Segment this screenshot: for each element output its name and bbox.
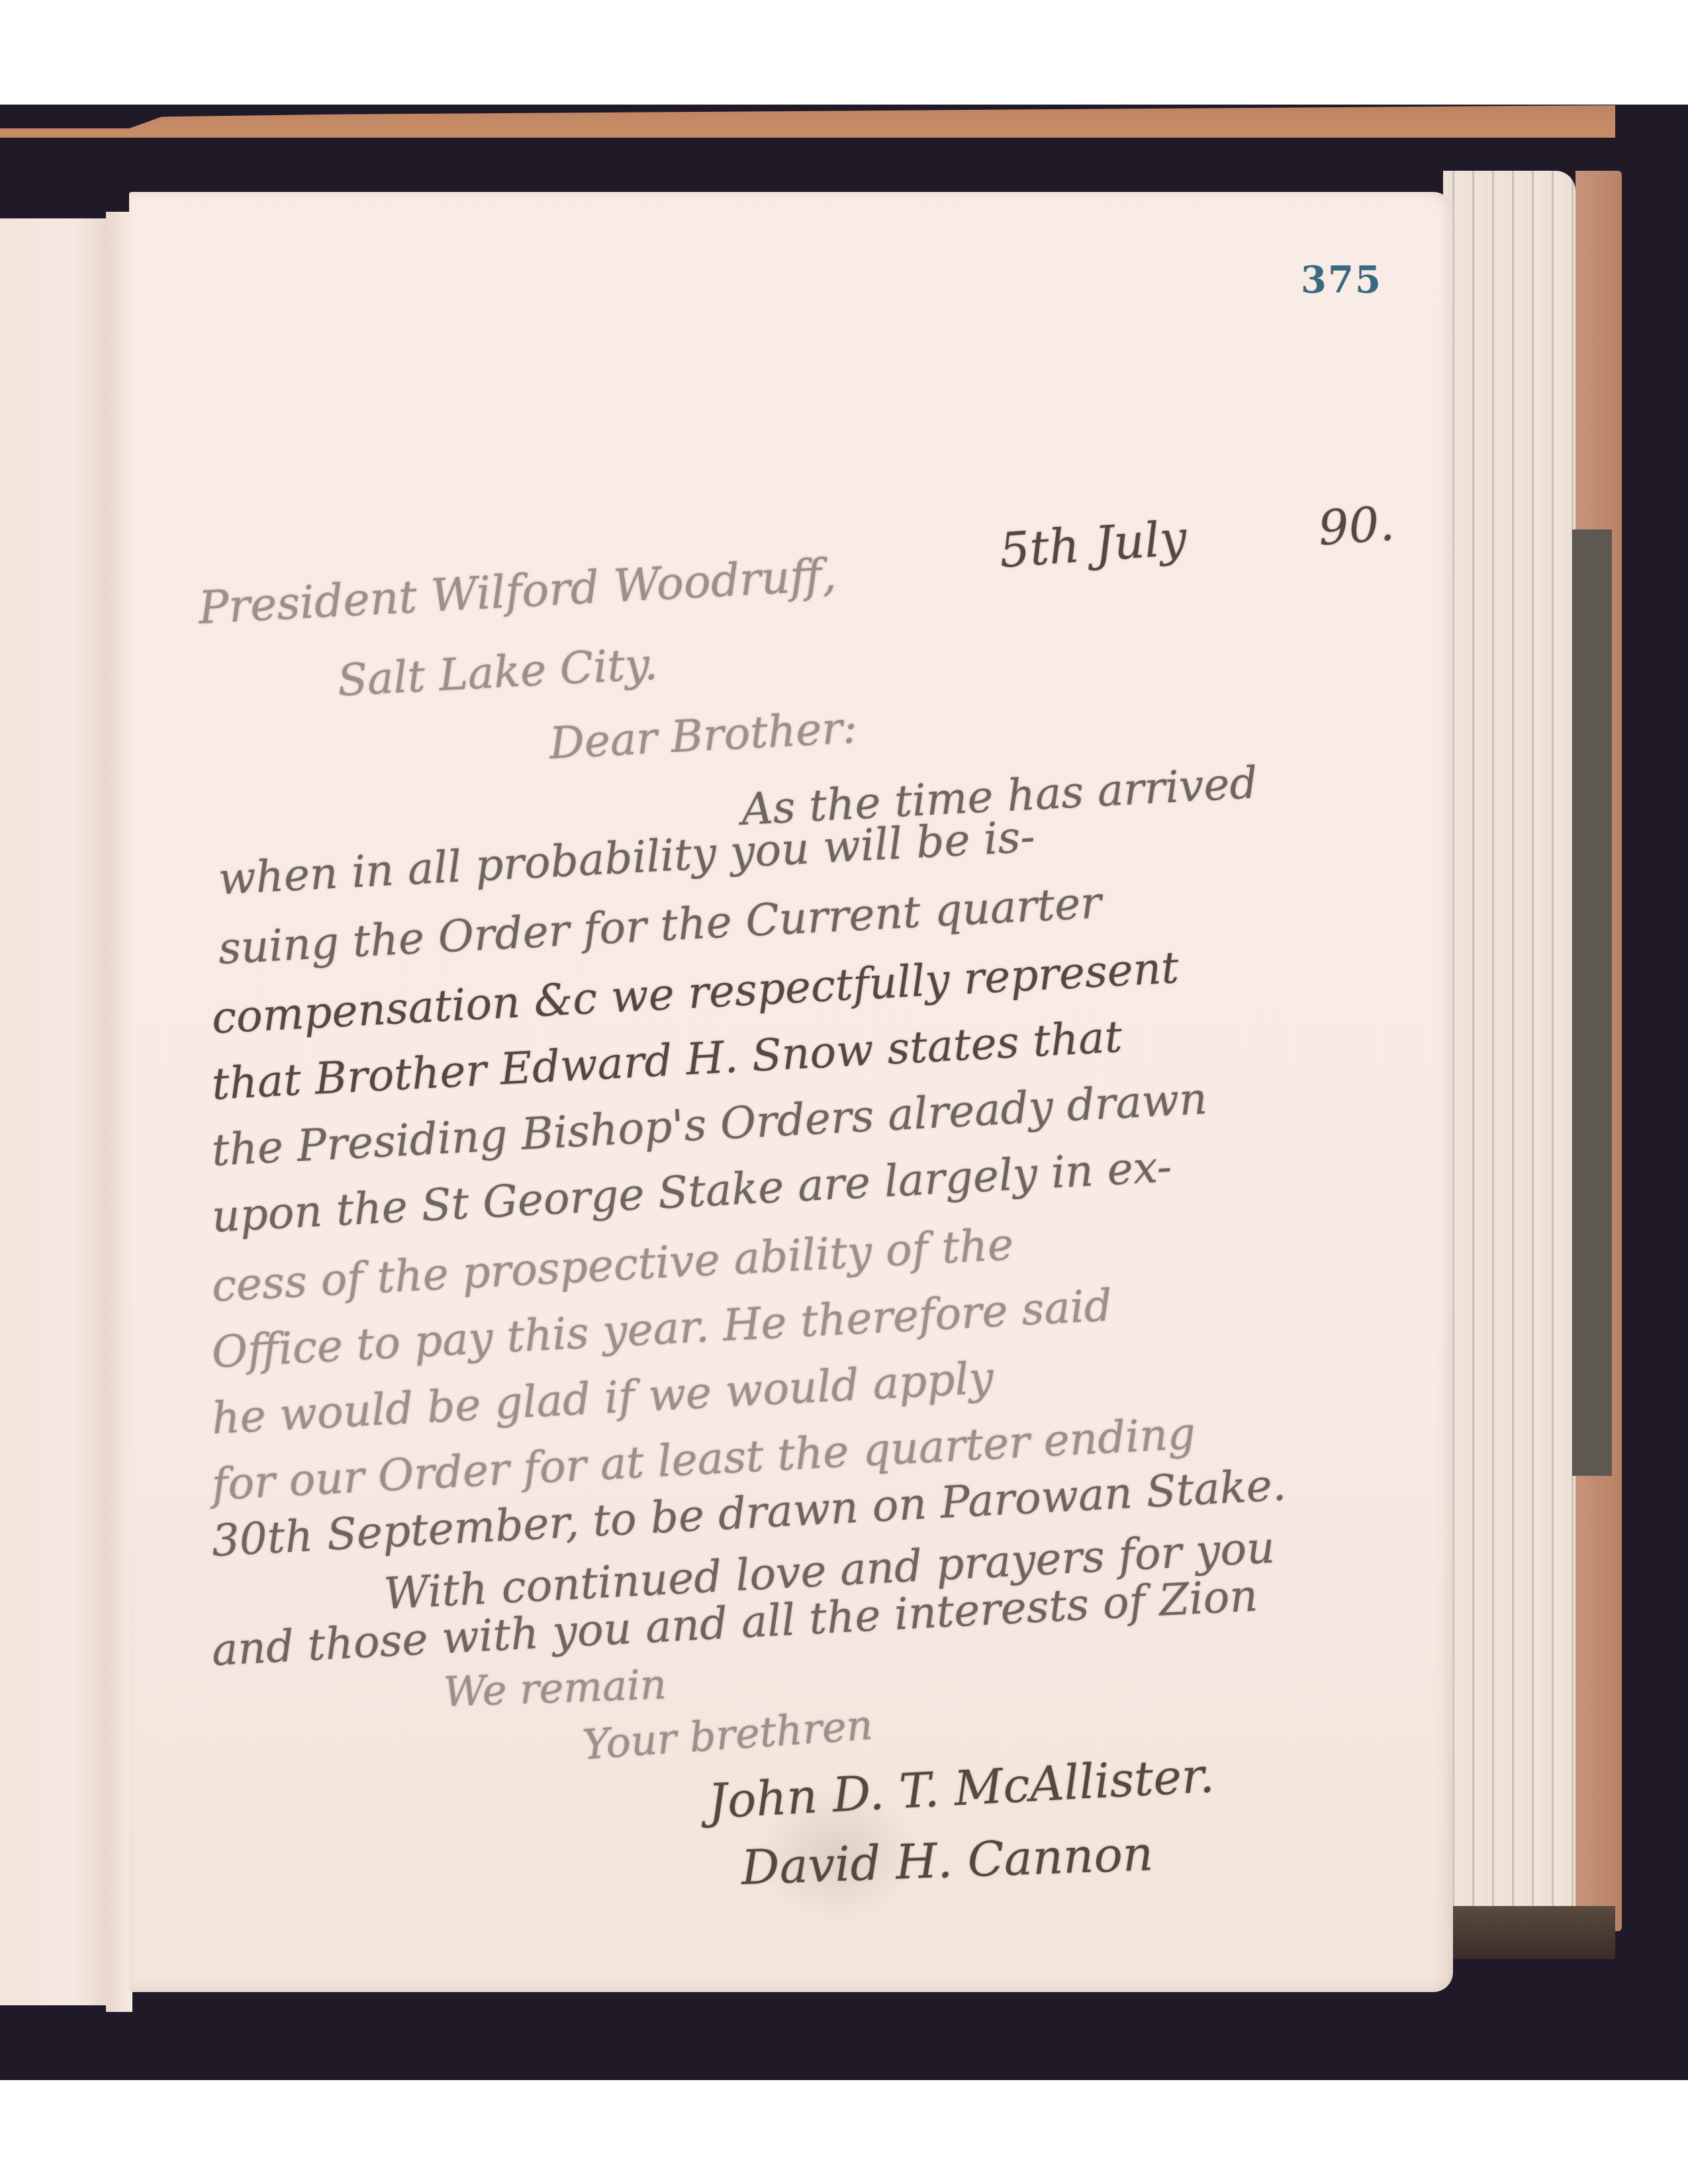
book-gutter [106, 212, 132, 2012]
closing-we-remain: We remain [443, 1660, 667, 1716]
book-cover-cloth-panel [1572, 529, 1612, 1476]
left-page [0, 218, 107, 2005]
page-edges [1443, 171, 1575, 1951]
page-number: 375 [1301, 258, 1382, 302]
date-year: 90. [1317, 495, 1396, 556]
